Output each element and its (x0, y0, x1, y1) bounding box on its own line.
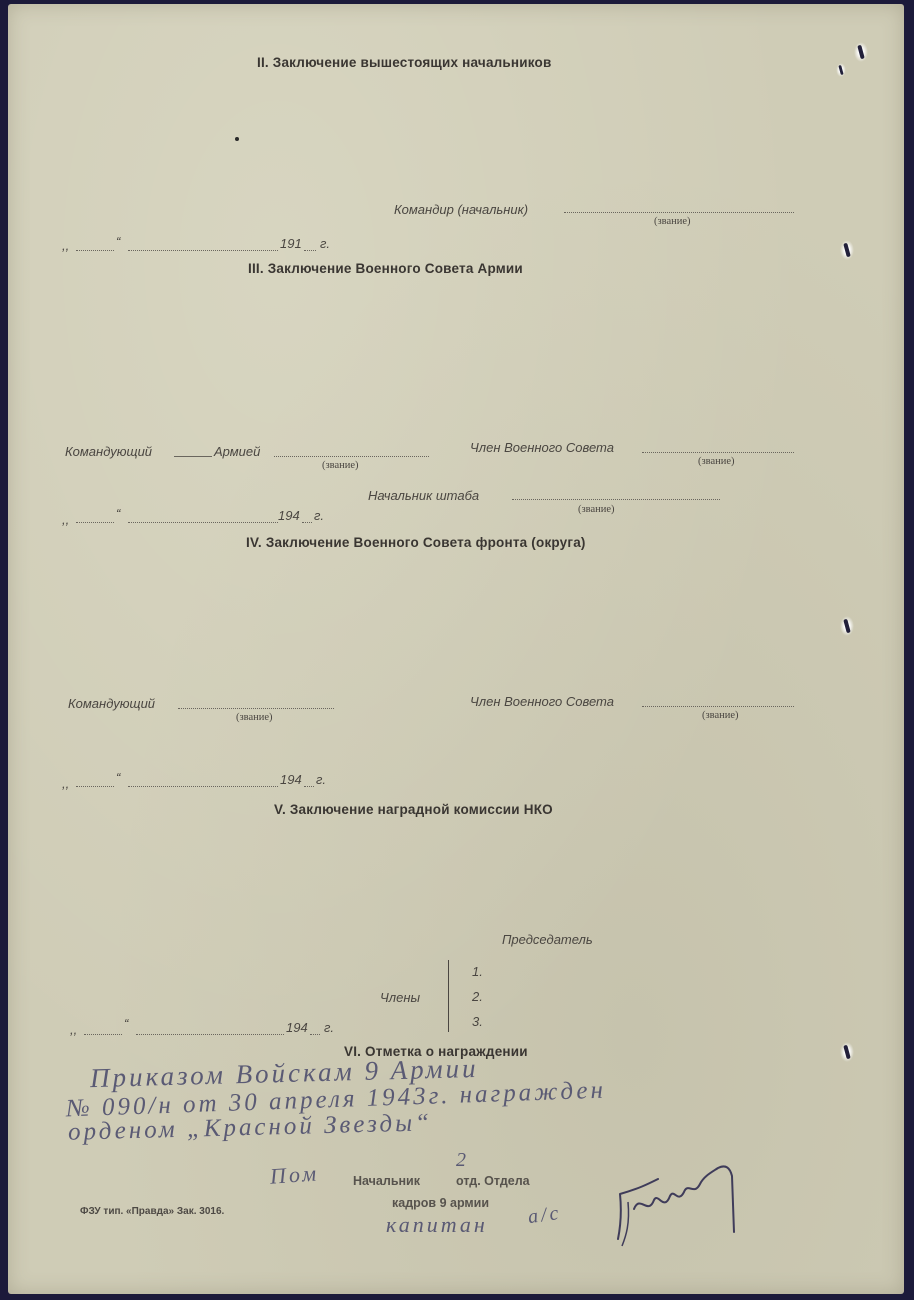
s2-date-year: 191 (280, 236, 302, 251)
s4-date-month-line[interactable] (128, 786, 278, 787)
s3-commander-pre-line (174, 456, 212, 457)
document-page: II. Заключение вышестоящих начальников К… (8, 4, 904, 1294)
section-2-heading: II. Заключение вышестоящих начальников (257, 55, 552, 70)
s4-date-year: 194 (280, 772, 302, 787)
s5-member-2: 2. (472, 989, 483, 1004)
s3-chief-line[interactable] (512, 499, 720, 500)
s4-council-rank-hint: (звание) (702, 710, 739, 721)
printer-imprint: ФЗУ тип. «Правда» Зак. 3016. (80, 1206, 224, 1217)
section-3-heading: III. Заключение Военного Совета Армии (248, 261, 523, 276)
s2-commander-line[interactable] (564, 212, 794, 213)
s3-council-line[interactable] (642, 452, 794, 453)
stamp-handwritten-rank: капитан (386, 1212, 488, 1238)
s3-date-open: ,, (62, 512, 69, 527)
section-4-heading: IV. Заключение Военного Совета фронта (о… (246, 535, 586, 550)
s5-members-label: Члены (380, 990, 420, 1005)
s5-date-close: “ (124, 1016, 128, 1031)
s4-council-label: Член Военного Совета (470, 694, 614, 709)
s5-member-3: 3. (472, 1014, 483, 1029)
s5-date-suffix: г. (324, 1020, 334, 1035)
stamp-superscript: 2 (456, 1149, 469, 1172)
s4-date-open: ,, (62, 776, 69, 791)
signature (608, 1154, 748, 1249)
s3-date-day-line[interactable] (76, 522, 114, 523)
s2-date-open: ,, (62, 238, 69, 253)
s3-commander-rank-hint: (звание) (322, 460, 359, 471)
s4-commander-label: Командующий (68, 696, 155, 711)
s5-date-month-line[interactable] (136, 1034, 284, 1035)
s2-date-day-line[interactable] (76, 250, 114, 251)
s5-date-year-line[interactable] (310, 1034, 320, 1035)
s3-date-month-line[interactable] (128, 522, 278, 523)
punch-hole (840, 616, 854, 636)
s3-commander-label: Командующий (65, 444, 152, 459)
s3-council-rank-hint: (звание) (698, 456, 735, 467)
s2-commander-label: Командир (начальник) (394, 202, 528, 217)
s3-commander-line[interactable] (274, 456, 429, 457)
s3-chief-rank-hint: (звание) (578, 504, 615, 515)
section-5-heading: V. Заключение наградной комиссии НКО (274, 802, 553, 817)
paper-speck (235, 137, 239, 141)
s5-chairman-label: Председатель (502, 932, 593, 947)
stamp-line-1: Начальник (353, 1174, 420, 1188)
punch-hole (854, 42, 868, 62)
s4-date-suffix: г. (316, 772, 326, 787)
s2-date-suffix: г. (320, 236, 330, 251)
s3-council-label: Член Военного Совета (470, 440, 614, 455)
s3-chief-label: Начальник штаба (368, 488, 479, 503)
s2-date-month-line[interactable] (128, 250, 278, 251)
s5-date-day-line[interactable] (84, 1034, 122, 1035)
s5-member-1: 1. (472, 964, 483, 979)
s4-council-line[interactable] (642, 706, 794, 707)
s4-commander-line[interactable] (178, 708, 334, 709)
s5-members-brace (448, 960, 449, 1032)
s3-commander-filled: Армией (214, 444, 260, 459)
s4-date-day-line[interactable] (76, 786, 114, 787)
s2-date-close: “ (116, 234, 120, 249)
stamp-handwritten-suffix: а/с (527, 1202, 563, 1229)
s3-date-suffix: г. (314, 508, 324, 523)
punch-hole (840, 1042, 854, 1062)
s3-date-close: “ (116, 506, 120, 521)
s3-date-year: 194 (278, 508, 300, 523)
stamp-line-1b: отд. Отдела (456, 1174, 530, 1188)
s3-date-year-line[interactable] (302, 522, 312, 523)
stamp-line-2: кадров 9 армии (392, 1196, 489, 1210)
punch-hole (840, 240, 854, 260)
s5-date-open: ,, (70, 1022, 77, 1037)
s2-rank-hint: (звание) (654, 216, 691, 227)
s4-commander-rank-hint: (звание) (236, 712, 273, 723)
s2-date-year-line[interactable] (304, 250, 316, 251)
s4-date-close: “ (116, 770, 120, 785)
punch-hole (836, 63, 846, 77)
s5-date-year: 194 (286, 1020, 308, 1035)
stamp-handwritten-prefix: Пом (269, 1160, 320, 1189)
s4-date-year-line[interactable] (304, 786, 314, 787)
